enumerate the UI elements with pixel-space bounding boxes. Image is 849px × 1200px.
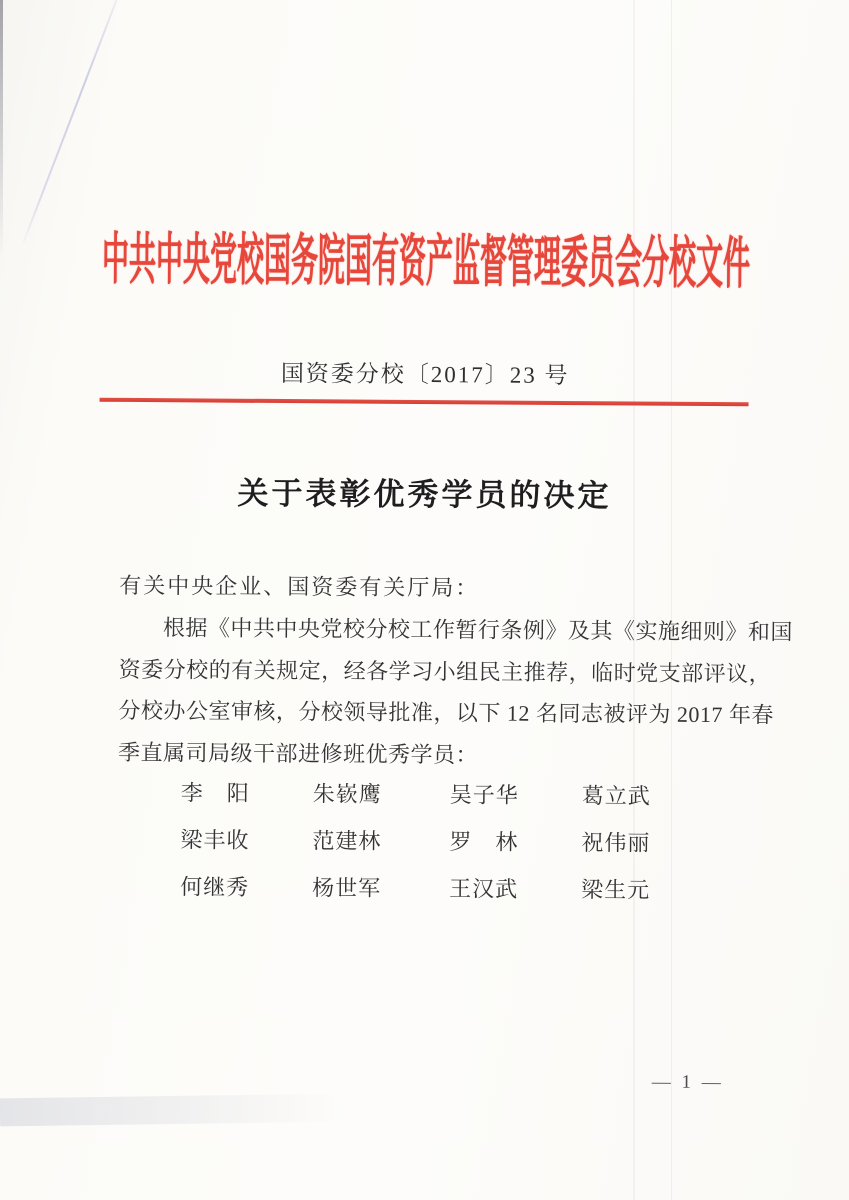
awardee-name: 王汉武 [449, 872, 581, 920]
document-title: 关于表彰优秀学员的决定 [0, 466, 849, 517]
red-separator-rule [100, 398, 749, 407]
awardee-name: 祝伟丽 [581, 826, 740, 874]
letterhead-title-text: 中共中央党校国务院国有资产监督管理委员会分校文件 [102, 213, 751, 299]
awardee-name: 梁丰收 [180, 823, 312, 871]
awardee-name-list: 李 阳 朱嵚鹰 吴子华 葛立武 梁丰收 范建林 罗 林 祝伟丽 何继秀 杨世军 … [180, 776, 741, 921]
body-paragraph-line: 分校办公室审核，分校领导批准，以下 12 名同志被评为 2017 年春 [118, 694, 778, 730]
body-paragraph-line: 季直属司局级干部进修班优秀学员： [118, 736, 778, 772]
awardee-name: 杨世军 [312, 871, 449, 919]
scanned-document-page: 中共中央党校国务院国有资产监督管理委员会分校文件 国资委分校〔2017〕23 号… [0, 0, 849, 1200]
red-letterhead: 中共中央党校国务院国有资产监督管理委员会分校文件 [1, 223, 849, 289]
awardee-name: 罗 林 [449, 825, 581, 873]
awardee-name: 李 阳 [181, 776, 313, 824]
awardee-name: 吴子华 [450, 778, 582, 826]
page-number: — 1 — [628, 1071, 748, 1094]
awardee-name: 梁生元 [581, 873, 740, 921]
awardee-name: 何继秀 [180, 870, 312, 918]
awardee-name: 葛立武 [582, 779, 741, 827]
document-number: 国资委分校〔2017〕23 号 [1, 353, 849, 392]
body-paragraph-line: 根据《中共中央党校分校工作暂行条例》及其《实施细则》和国 [119, 611, 823, 647]
awardee-name: 范建林 [312, 824, 449, 872]
body-paragraph-line: 资委分校的有关规定，经各学习小组民主推荐，临时党支部评议， [119, 653, 779, 689]
awardee-name: 朱嵚鹰 [313, 777, 450, 825]
document-content: 中共中央党校国务院国有资产监督管理委员会分校文件 国资委分校〔2017〕23 号… [0, 0, 849, 1200]
salutation-line: 有关中央企业、国资委有关厅局： [119, 569, 759, 604]
